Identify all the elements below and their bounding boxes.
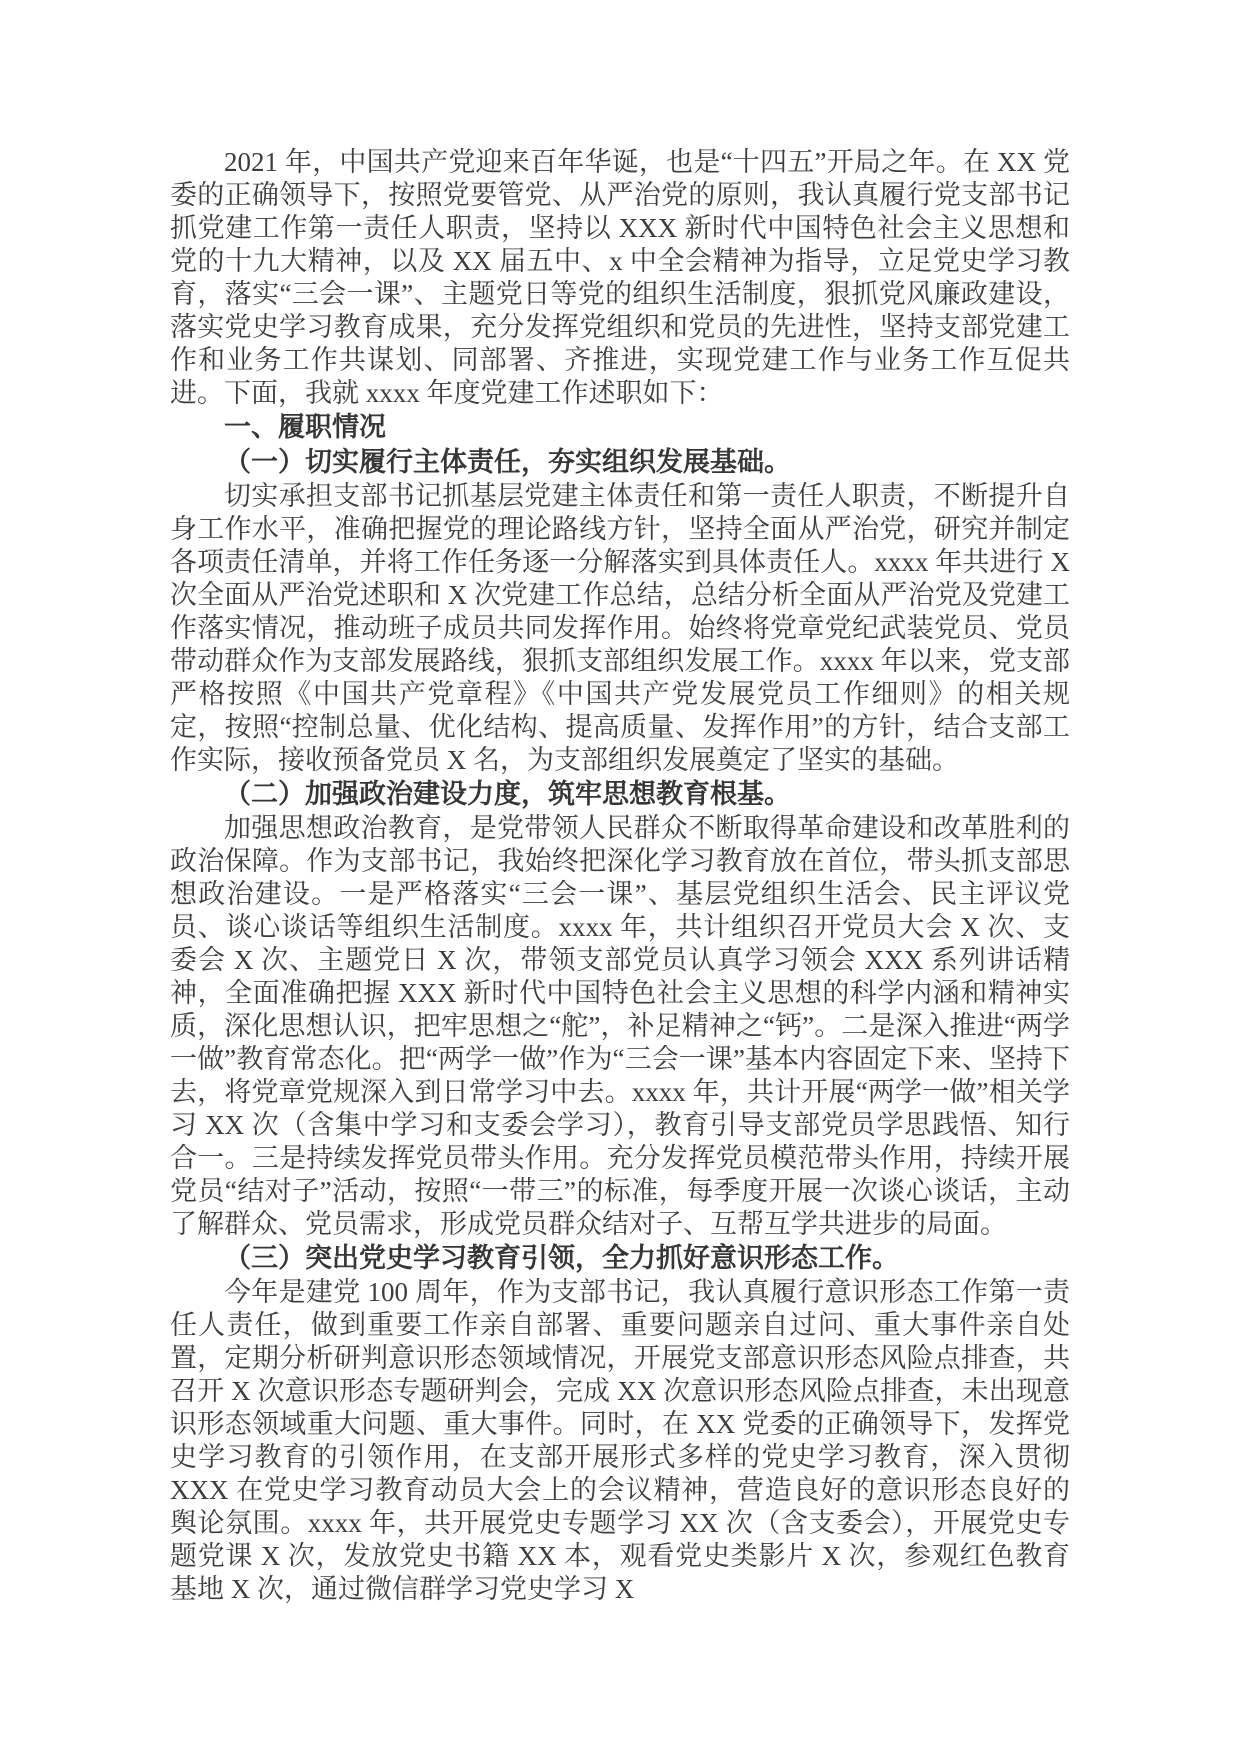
section-heading: 一、履职情况	[170, 410, 1070, 445]
document-content: 2021 年，中国共产党迎来百年华诞，也是“十四五”开局之年。在 XX 党委的正…	[170, 146, 1070, 1606]
subsection-heading: （三）突出党史学习教育引领，全力抓好意识形态工作。	[170, 1241, 1070, 1276]
document-page: 2021 年，中国共产党迎来百年华诞，也是“十四五”开局之年。在 XX 党委的正…	[0, 0, 1240, 1754]
body-paragraph: 2021 年，中国共产党迎来百年华诞，也是“十四五”开局之年。在 XX 党委的正…	[170, 146, 1070, 410]
body-paragraph: 切实承担支部书记抓基层党建主体责任和第一责任人职责，不断提升自身工作水平，准确把…	[170, 480, 1070, 777]
subsection-heading: （一）切实履行主体责任，夯实组织发展基础。	[170, 445, 1070, 480]
subsection-heading: （二）加强政治建设力度，筑牢思想教育根基。	[170, 777, 1070, 812]
body-paragraph: 加强思想政治教育，是党带领人民群众不断取得革命建设和改革胜利的政治保障。作为支部…	[170, 812, 1070, 1241]
body-paragraph: 今年是建党 100 周年，作为支部书记，我认真履行意识形态工作第一责任人责任，做…	[170, 1276, 1070, 1606]
